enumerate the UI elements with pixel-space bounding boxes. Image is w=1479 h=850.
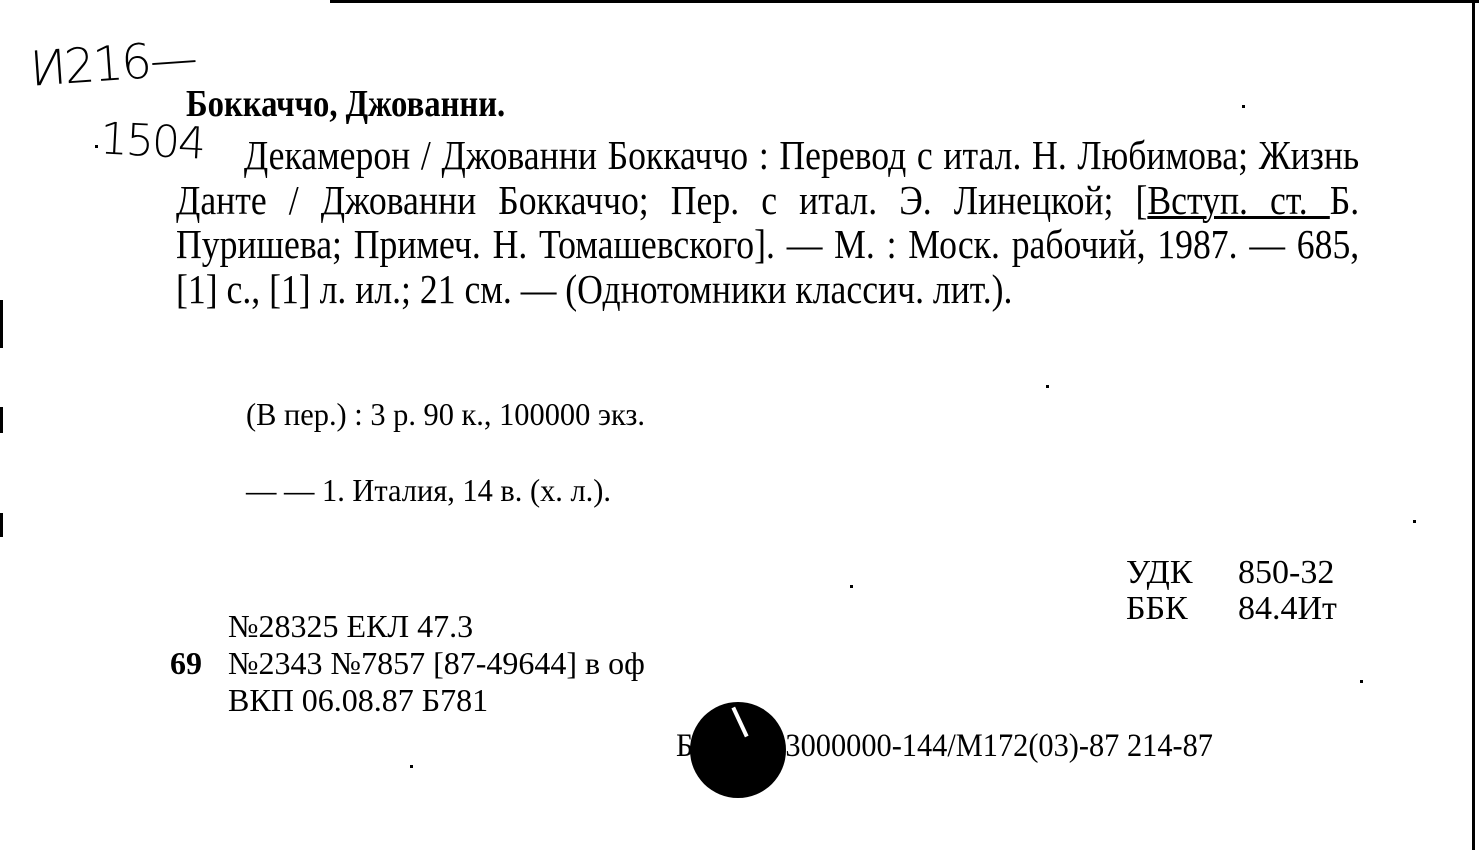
- card-right-border: [1472, 0, 1475, 850]
- scan-speck: [95, 145, 98, 148]
- publication-code-value: 3000000-144/М172(03)-87 214-87: [785, 728, 1213, 764]
- scan-speck: [1360, 680, 1363, 683]
- print-info-block: №28325 ЕКЛ 47.3 69 №2343 №7857 [87-49644…: [170, 608, 645, 719]
- scan-speck: [1413, 520, 1416, 523]
- handwritten-shelfmark-line1: И216—: [29, 34, 198, 93]
- underlined-text: Вступ. ст.: [1147, 177, 1329, 223]
- classification-key: ББК: [1126, 591, 1238, 627]
- scan-speck: [1046, 385, 1049, 388]
- print-info-row: ВКП 06.08.87 Б781: [170, 682, 645, 719]
- classification-bbk: ББК 84.4Ит: [1126, 591, 1337, 627]
- author-heading: Боккаччо, Джованни.: [186, 82, 505, 126]
- price-line: (В пер.) : 3 р. 90 к., 100000 экз.: [246, 396, 645, 433]
- card-left-edge: [0, 513, 3, 537]
- scan-speck: [1242, 105, 1245, 108]
- card-top-border: [330, 0, 1479, 3]
- scan-speck: [850, 585, 853, 588]
- card-number: 69: [170, 645, 228, 682]
- classification-value: 850-32: [1238, 555, 1334, 591]
- card-left-edge: [0, 407, 3, 433]
- classification-value: 84.4Ит: [1238, 591, 1337, 627]
- bibliographic-description: Декамерон / Джованни Боккаччо : Перевод …: [176, 133, 1359, 311]
- subject-line: — — 1. Италия, 14 в. (х. л.).: [246, 472, 611, 509]
- classification-block: УДК 850-32 ББК 84.4Ит: [1126, 555, 1337, 627]
- classification-key: УДК: [1126, 555, 1238, 591]
- card-left-edge: [0, 300, 3, 348]
- print-info-row: 69 №2343 №7857 [87-49644] в оф: [170, 645, 645, 682]
- classification-udc: УДК 850-32: [1126, 555, 1337, 591]
- print-info-row: №28325 ЕКЛ 47.3: [170, 608, 645, 645]
- scan-speck: [410, 765, 413, 768]
